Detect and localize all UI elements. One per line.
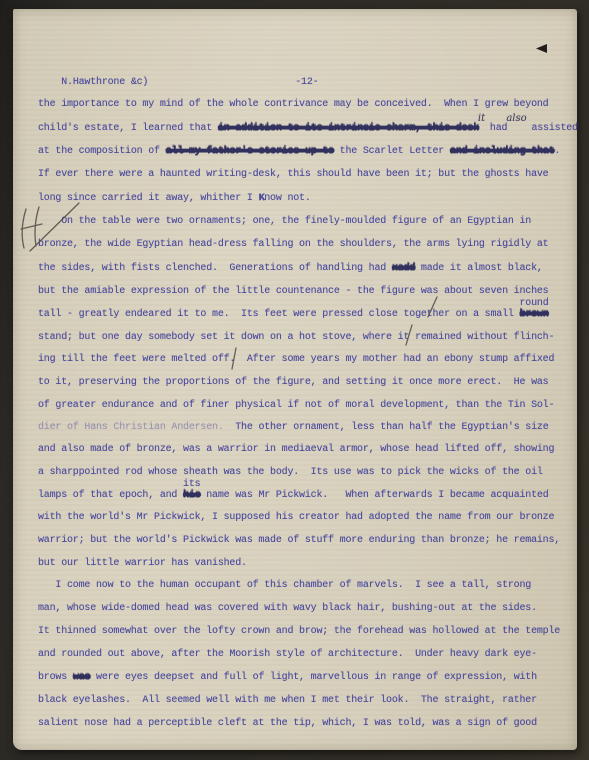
handwritten-insertion: also — [506, 113, 526, 124]
typed-text: If ever there were a haunted writing-des… — [38, 169, 549, 180]
typed-text: salient nose had a perceptible cleft at … — [38, 718, 537, 729]
typed-text: to it, preserving the proportions of the… — [38, 377, 549, 388]
typed-line: ing till the feet were melted off. After… — [38, 353, 554, 366]
typed-text: warrior; but the world's Pickwick was ma… — [38, 535, 560, 546]
typed-text: but the amiable expression of the little… — [38, 286, 549, 297]
typed-line: to it, preserving the proportions of the… — [38, 376, 549, 389]
page-number: -12- — [272, 63, 318, 102]
typed-line: lamps of that epoch, and itshis name was… — [38, 489, 549, 502]
typed-line: a sharppointed rod whose sheath was the … — [38, 466, 543, 479]
typed-line: with the world's Mr Pickwick, I supposed… — [38, 511, 554, 524]
typed-line: tall - greatly endeared it to me. Its fe… — [38, 308, 549, 321]
typed-line: salient nose had a perceptible cleft at … — [38, 717, 537, 730]
struck-text: in addition to its intrinsic charm, this… — [218, 123, 479, 134]
struck-text: xadd — [392, 263, 415, 274]
typed-text: brows — [38, 672, 73, 683]
typed-text: lamps of that epoch, and — [38, 490, 183, 501]
typed-text: and rounded out above, after the Moorish… — [38, 649, 537, 660]
typed-text: On the table were two ornaments; one, th… — [38, 216, 531, 227]
handwritten-insertion: it — [478, 113, 485, 124]
typed-line: but the amiable expression of the little… — [38, 285, 549, 298]
header-author: N.Hawthrone &c) — [38, 63, 148, 102]
typed-text: bronze, the wide Egyptian head-dress fal… — [38, 239, 549, 250]
typed-line: of greater endurance and of finer physic… — [38, 399, 554, 412]
typed-text: made it almost black, — [415, 263, 543, 274]
typed-correction: roundbrown — [519, 308, 548, 321]
typed-line: and also made of bronze, was a warrior i… — [38, 443, 554, 456]
typed-text: the importance to my mind of the whole c… — [38, 99, 549, 110]
typed-line: the sides, with fists clenched. Generati… — [38, 262, 543, 275]
typed-line: stand; but one day somebody set it down … — [38, 331, 554, 344]
typed-line: and rounded out above, after the Moorish… — [38, 648, 537, 661]
typed-line: brows was were eyes deepset and full of … — [38, 671, 537, 684]
struck-text: brown — [519, 309, 548, 320]
typed-line: at the composition of all my father's st… — [38, 145, 560, 158]
typed-text: stand; but one day somebody set it down … — [38, 332, 554, 343]
typed-line: black eyelashes. All seemed well with me… — [38, 694, 537, 707]
typed-text: and also made of bronze, was a warrior i… — [38, 444, 554, 455]
typed-text: now not. — [264, 193, 310, 204]
typed-text: the Scarlet Letter — [334, 146, 450, 157]
typed-line: long since carried it away, whither I Kn… — [38, 192, 311, 205]
typed-line: I come now to the human occupant of this… — [38, 579, 531, 592]
struck-text: his — [183, 490, 200, 501]
typed-text: of greater endurance and of finer physic… — [38, 400, 554, 411]
struck-text: all my father's stories up to — [166, 146, 334, 157]
page-number-text: -12- — [295, 77, 318, 88]
typed-line: child's estate, I learned that in additi… — [38, 121, 578, 135]
typed-text: ing till the feet were melted off. After… — [38, 354, 554, 365]
photo-background: N.Hawthrone &c) -12- the importance to m… — [0, 0, 589, 760]
typed-text: child's estate, I learned that — [38, 123, 218, 134]
typed-correction: itshis — [183, 489, 200, 502]
typed-text: assisted — [526, 123, 578, 134]
typed-text: were eyes deepset and full of light, mar… — [90, 672, 537, 683]
typed-text: had — [484, 123, 507, 134]
typed-text: long since carried it away, whither I — [38, 193, 258, 204]
typed-line: bronze, the wide Egyptian head-dress fal… — [38, 238, 549, 251]
typed-text: a sharppointed rod whose sheath was the … — [38, 467, 543, 478]
typed-line: It thinned somewhat over the lofty crown… — [38, 625, 560, 638]
typed-line: man, whose wide-domed head was covered w… — [38, 602, 537, 615]
typed-text: It thinned somewhat over the lofty crown… — [38, 626, 560, 637]
typed-text: black eyelashes. All seemed well with me… — [38, 695, 537, 706]
typed-text: I come now to the human occupant of this… — [38, 580, 531, 591]
typed-text: man, whose wide-domed head was covered w… — [38, 603, 537, 614]
inserted-text: round — [519, 297, 548, 310]
struck-text: and including that — [450, 146, 554, 157]
typed-line: dier of Hans Christian Andersen. The oth… — [38, 421, 549, 434]
typed-text: with the world's Mr Pickwick, I supposed… — [38, 512, 554, 523]
inserted-text: its — [183, 478, 200, 491]
faded-text: dier of Hans Christian Andersen. — [38, 422, 224, 433]
header-author-text: N.Hawthrone &c) — [61, 77, 148, 88]
typed-line: the importance to my mind of the whole c… — [38, 98, 549, 111]
typed-text: . — [554, 146, 560, 157]
typed-text: The other ornament, less than half the E… — [224, 422, 549, 433]
typed-line: but our little warrior has vanished. — [38, 557, 247, 570]
typed-line: If ever there were a haunted writing-des… — [38, 168, 549, 181]
typed-text: at the composition of — [38, 146, 166, 157]
typed-text: but our little warrior has vanished. — [38, 558, 247, 569]
struck-text: was — [73, 672, 90, 683]
typed-text: the sides, with fists clenched. Generati… — [38, 263, 392, 274]
typed-text: tall - greatly endeared it to me. Its fe… — [38, 309, 519, 320]
typed-line: warrior; but the world's Pickwick was ma… — [38, 534, 560, 547]
typed-text: name was Mr Pickwick. When afterwards I … — [200, 490, 548, 501]
typed-line: On the table were two ornaments; one, th… — [38, 215, 531, 228]
